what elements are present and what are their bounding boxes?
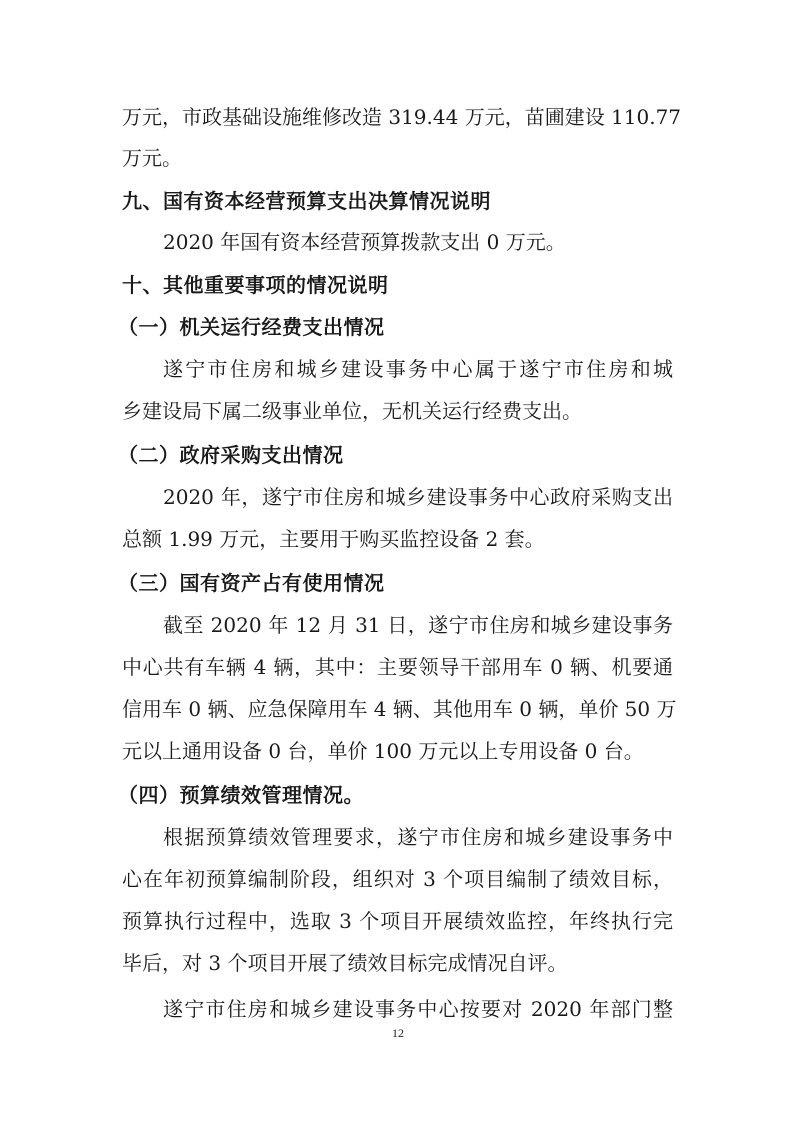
subsection-heading-1: （一）机关运行经费支出情况: [118, 312, 669, 342]
body-text-line: 2020 年，遂宁市住房和城乡建设事务中心政府采购支出: [163, 482, 673, 512]
body-text-line: 乡建设局下属二级事业单位，无机关运行经费支出。: [122, 396, 673, 426]
body-text-line: 元以上通用设备 0 台，单价 100 万元以上专用设备 0 台。: [122, 736, 673, 766]
body-text-line: 截至 2020 年 12 月 31 日，遂宁市住房和城乡建设事务: [163, 610, 673, 640]
subsection-heading-2: （二）政府采购支出情况: [118, 440, 669, 470]
section-heading-9: 九、国有资本经营预算支出决算情况说明: [122, 186, 673, 216]
page-number: 12: [386, 1026, 410, 1041]
body-text-line: 万元。: [122, 143, 673, 173]
body-text-line: 根据预算绩效管理要求，遂宁市住房和城乡建设事务中: [163, 822, 673, 852]
section-heading-10: 十、其他重要事项的情况说明: [122, 270, 673, 300]
body-text-line: 总额 1.99 万元，主要用于购买监控设备 2 套。: [122, 524, 673, 554]
body-text-line: 信用车 0 辆、应急保障用车 4 辆、其他用车 0 辆，单价 50 万: [122, 694, 673, 724]
subsection-heading-4: （四）预算绩效管理情况。: [118, 780, 669, 810]
body-text-line: 中心共有车辆 4 辆，其中：主要领导干部用车 0 辆、机要通: [122, 652, 673, 682]
body-text-line: 遂宁市住房和城乡建设事务中心按要对 2020 年部门整: [163, 994, 673, 1024]
subsection-heading-3: （三）国有资产占有使用情况: [118, 568, 669, 598]
body-text-line: 心在年初预算编制阶段，组织对 3 个项目编制了绩效目标，: [122, 864, 673, 894]
body-text-line: 万元，市政基础设施维修改造 319.44 万元，苗圃建设 110.77: [122, 102, 673, 132]
body-text-line: 遂宁市住房和城乡建设事务中心属于遂宁市住房和城: [163, 354, 673, 384]
body-text-line: 预算执行过程中，选取 3 个项目开展绩效监控，年终执行完: [122, 906, 673, 936]
body-text-line: 毕后，对 3 个项目开展了绩效目标完成情况自评。: [122, 948, 673, 978]
body-text-line: 2020 年国有资本经营预算拨款支出 0 万元。: [163, 227, 673, 257]
